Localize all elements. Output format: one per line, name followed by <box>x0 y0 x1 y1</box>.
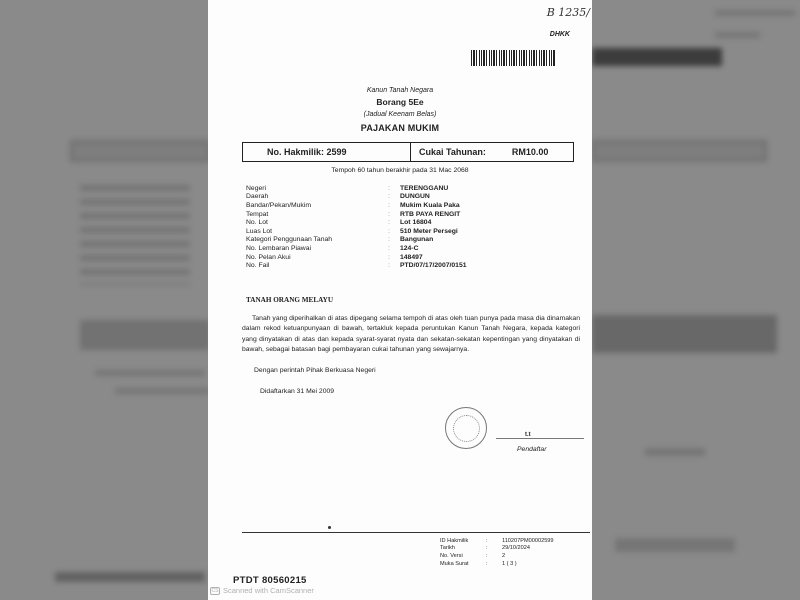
meta-separator: : <box>486 545 502 551</box>
detail-separator: : <box>388 202 400 209</box>
detail-row: Bandar/Pekan/Mukim : Mukim Kuala Paka <box>246 201 546 210</box>
detail-row: Negeri : TERENGGANU <box>246 184 546 193</box>
document-title: PAJAKAN MUKIM <box>208 123 592 133</box>
lease-term: Tempoh 60 tahun berakhir pada 31 Mac 206… <box>208 167 592 174</box>
watermark-text: Scanned with CamScanner <box>223 586 314 595</box>
detail-value: Bangunan <box>400 236 433 243</box>
section-heading: TANAH ORANG MELAYU <box>246 296 333 304</box>
cukai-value: RM10.00 <box>512 147 549 157</box>
meta-value: 29/10/2024 <box>502 545 530 551</box>
meta-row: ID Hakmilik : 110207PM00002599 <box>440 537 554 545</box>
detail-separator: : <box>388 262 400 269</box>
handwritten-reference: B 1235/ <box>547 6 590 19</box>
meta-row: Muka Surat : 1 ( 3 ) <box>440 560 554 568</box>
background-blur <box>70 140 210 162</box>
detail-label: Daerah <box>246 193 388 200</box>
meta-value: 110207PM00002599 <box>502 538 554 544</box>
detail-value: RTB PAYA RENGIT <box>400 211 460 218</box>
background-blur <box>55 572 205 582</box>
hakmilik-label: No. Hakmilik: <box>267 147 324 157</box>
detail-label: No. Fail <box>246 262 388 269</box>
terms-paragraph: Tanah yang diperihalkan di atas dipegang… <box>242 314 580 355</box>
detail-value: 124-C <box>400 245 419 252</box>
meta-label: No. Versi <box>440 553 486 559</box>
background-blur <box>592 48 722 66</box>
detail-value: PTD/07/17/2007/0151 <box>400 262 467 269</box>
background-blur <box>115 388 210 394</box>
detail-label: No. Pelan Akui <box>246 254 388 261</box>
authority-order: Dengan perintah Pihak Berkuasa Negeri <box>254 367 376 374</box>
footer-divider <box>242 532 590 533</box>
background-blur <box>645 448 705 456</box>
detail-separator: : <box>388 254 400 261</box>
detail-value: DUNGUN <box>400 193 430 200</box>
detail-row: No. Lembaran Piawai : 124-C <box>246 244 546 253</box>
meta-label: ID Hakmilik <box>440 538 486 544</box>
official-seal-icon <box>445 407 487 449</box>
detail-separator: : <box>388 211 400 218</box>
hakmilik-cell: No. Hakmilik: 2599 <box>243 143 411 161</box>
signature-mark: t.t <box>525 432 531 438</box>
meta-separator: : <box>486 561 502 567</box>
meta-value: 1 ( 3 ) <box>502 561 517 567</box>
detail-value: TERENGGANU <box>400 185 448 192</box>
registration-date: Didaftarkan 31 Mei 2009 <box>260 388 334 395</box>
detail-separator: : <box>388 245 400 252</box>
registrar-label: Pendaftar <box>517 446 546 453</box>
meta-row: No. Versi : 2 <box>440 552 554 560</box>
dot-mark <box>328 526 331 529</box>
meta-row: Tarikh : 29/10/2024 <box>440 545 554 553</box>
detail-row: Kategori Penggunaan Tanah : Bangunan <box>246 236 546 245</box>
detail-row: No. Pelan Akui : 148497 <box>246 253 546 262</box>
schedule-name: (Jadual Keenam Belas) <box>208 111 592 118</box>
detail-value: 510 Meter Persegi <box>400 228 458 235</box>
detail-separator: : <box>388 219 400 226</box>
detail-separator: : <box>388 185 400 192</box>
barcode-icon <box>471 50 556 66</box>
background-blur <box>592 140 767 162</box>
detail-value: Mukim Kuala Paka <box>400 202 460 209</box>
meta-label: Muka Surat <box>440 561 486 567</box>
form-name: Borang 5Ee <box>208 97 592 107</box>
detail-row: No. Lot : Lot 16804 <box>246 218 546 227</box>
cukai-cell: Cukai Tahunan: RM10.00 <box>411 143 548 161</box>
detail-value: 148497 <box>400 254 423 261</box>
serial-number: PTDT 80560215 <box>233 575 307 586</box>
hakmilik-value: 2599 <box>327 147 347 157</box>
background-blur <box>95 370 205 376</box>
property-details: Negeri : TERENGGANU Daerah : DUNGUN Band… <box>246 184 546 270</box>
detail-row: No. Fail : PTD/07/17/2007/0151 <box>246 261 546 270</box>
detail-label: No. Lembaran Piawai <box>246 245 388 252</box>
background-blur <box>715 10 795 16</box>
act-name: Kanun Tanah Negara <box>208 87 592 94</box>
background-blur <box>80 320 210 350</box>
document-page: B 1235/ DHKK Kanun Tanah Negara Borang 5… <box>208 0 592 600</box>
background-blur <box>80 185 190 285</box>
background-blur <box>592 315 777 353</box>
detail-label: Bandar/Pekan/Mukim <box>246 202 388 209</box>
background-blur <box>615 538 735 552</box>
detail-separator: : <box>388 236 400 243</box>
detail-label: Tempat <box>246 211 388 218</box>
meta-value: 2 <box>502 553 505 559</box>
detail-separator: : <box>388 228 400 235</box>
meta-separator: : <box>486 538 502 544</box>
detail-row: Tempat : RTB PAYA RENGIT <box>246 210 546 219</box>
signature-line <box>496 438 584 439</box>
detail-label: Negeri <box>246 185 388 192</box>
camscanner-logo-icon: CS <box>210 587 220 595</box>
detail-label: Kategori Penggunaan Tanah <box>246 236 388 243</box>
background-blur <box>715 32 760 38</box>
detail-value: Lot 16804 <box>400 219 431 226</box>
cukai-label: Cukai Tahunan: <box>419 147 486 157</box>
detail-label: No. Lot <box>246 219 388 226</box>
meta-separator: : <box>486 553 502 559</box>
meta-label: Tarikh <box>440 545 486 551</box>
camscanner-watermark: CS Scanned with CamScanner <box>210 586 314 595</box>
title-box: No. Hakmilik: 2599 Cukai Tahunan: RM10.0… <box>242 142 574 162</box>
detail-row: Daerah : DUNGUN <box>246 193 546 202</box>
detail-label: Luas Lot <box>246 228 388 235</box>
footer-metadata: ID Hakmilik : 110207PM00002599 Tarikh : … <box>440 537 554 567</box>
detail-row: Luas Lot : 510 Meter Persegi <box>246 227 546 236</box>
detail-separator: : <box>388 193 400 200</box>
office-code: DHKK <box>550 31 570 38</box>
